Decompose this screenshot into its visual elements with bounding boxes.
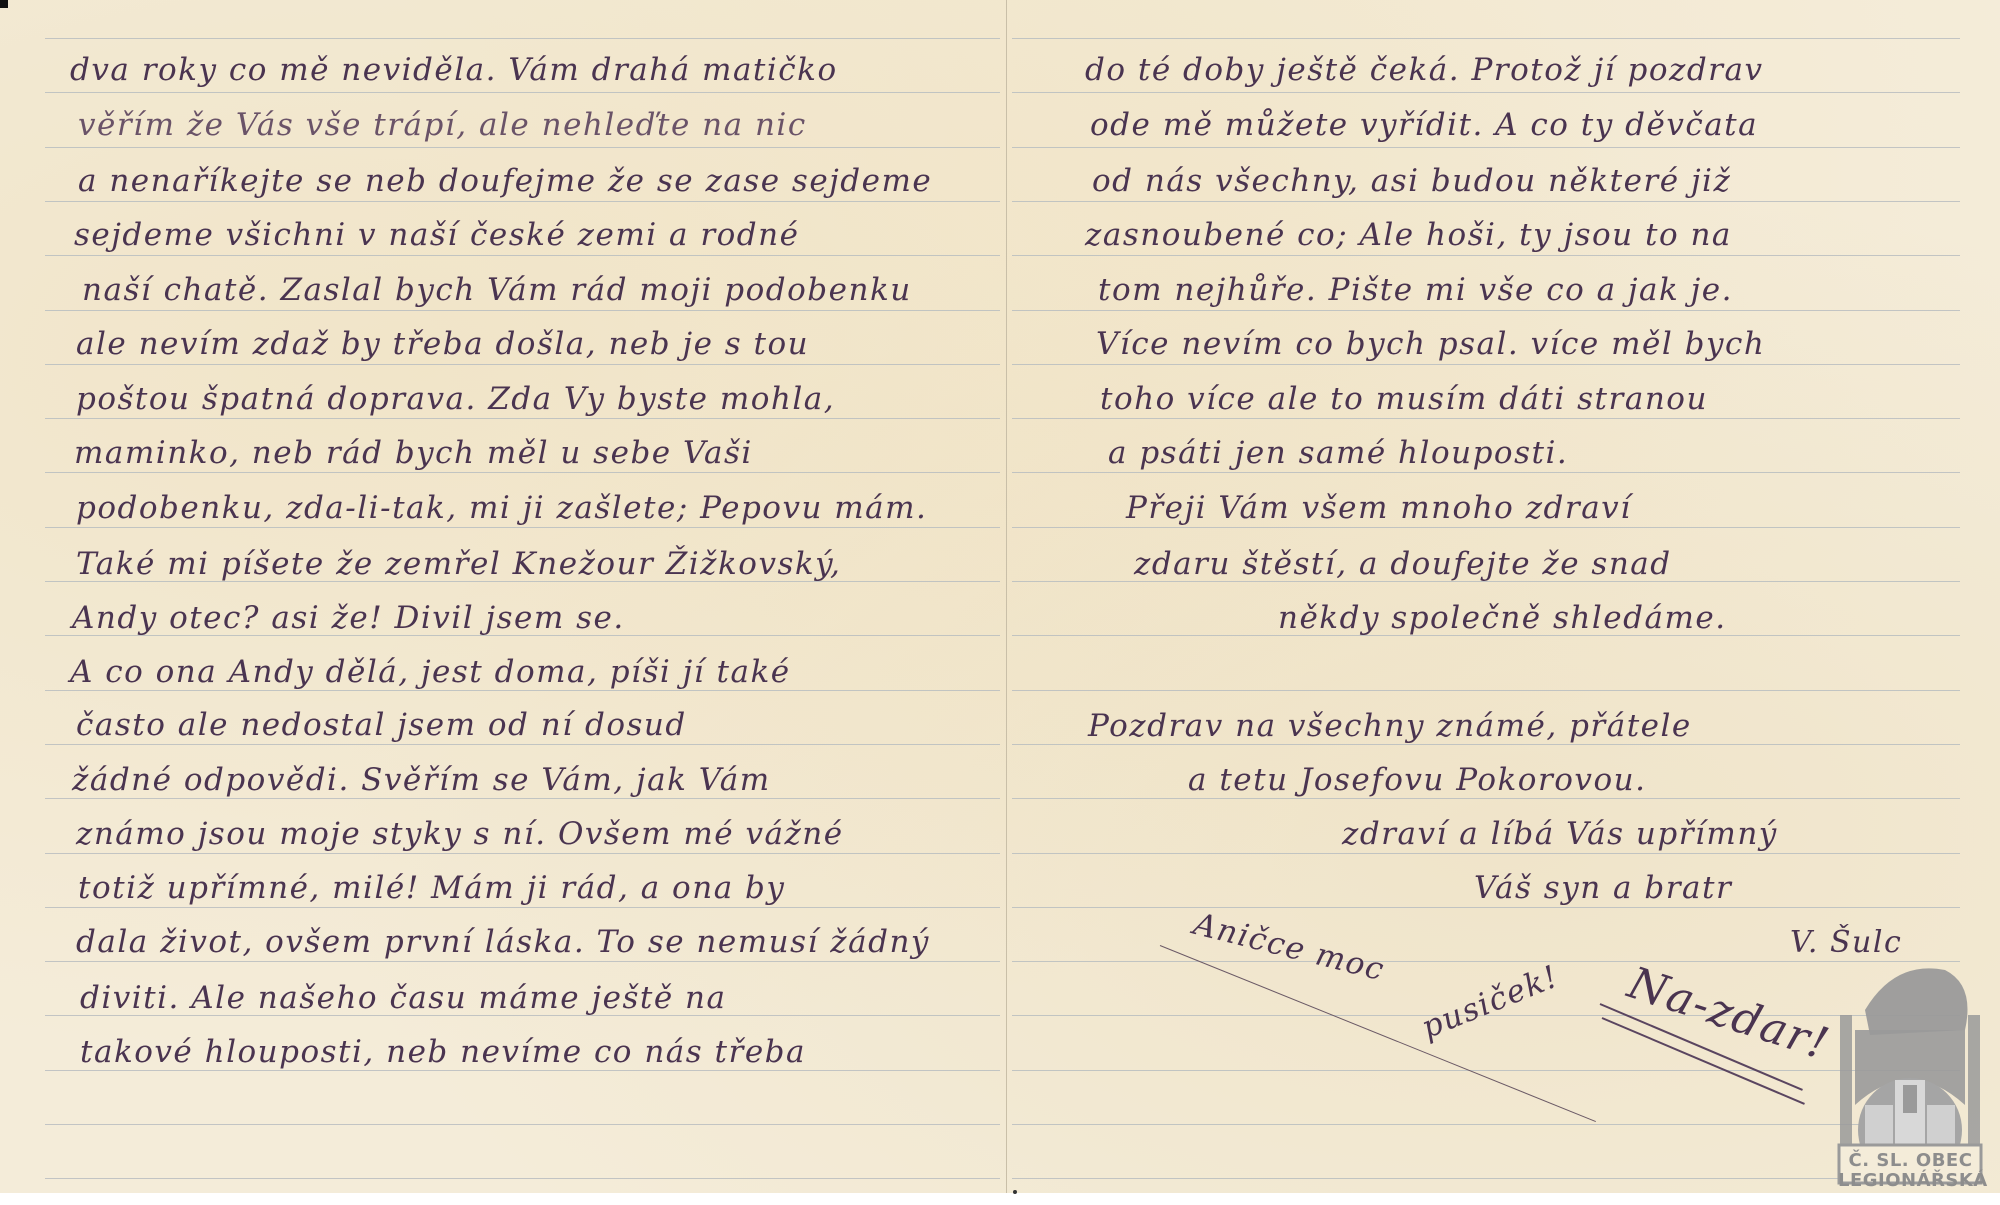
right-line-9: Přeji Vám všem mnoho zdraví [1126, 490, 1632, 526]
left-line-8: maminko, neb rád bych měl u sebe Vaši [74, 435, 753, 471]
left-line-14: žádné odpovědi. Svěřím se Vám, jak Vám [72, 762, 771, 798]
left-line-11: Andy otec? asi že! Divil jsem se. [72, 600, 625, 636]
left-line-17: dala život, ovšem první láska. To se nem… [76, 924, 930, 960]
right-line-13: a tetu Josefovu Pokorovou. [1188, 762, 1646, 798]
left-line-19: takové hlouposti, neb nevíme co nás třeb… [80, 1034, 806, 1070]
closing-nazdar: Na-zdar! [1622, 957, 1835, 1070]
left-line-6: ale nevím zdaž by třeba došla, neb je s … [76, 326, 809, 362]
ruled-line [1012, 255, 1960, 256]
right-line-7: toho více ale to musím dáti stranou [1100, 381, 1708, 417]
letter-paper: dva roky co mě neviděla. Vám drahá matič… [0, 0, 2000, 1193]
ruled-line [45, 92, 1000, 93]
left-line-10: Také mi píšete že zemřel Knežour Žižkovs… [76, 546, 841, 582]
left-line-1: dva roky co mě neviděla. Vám drahá matič… [70, 52, 838, 88]
left-line-9: podobenku, zda-li-tak, mi ji zašlete; Pe… [76, 490, 927, 526]
ruled-line [1012, 364, 1960, 365]
right-line-3: od nás všechny, asi budou některé již [1092, 163, 1731, 199]
right-line-8: a psáti jen samé hlouposti. [1108, 435, 1568, 471]
ruled-line [45, 310, 1000, 311]
ruled-line [1012, 798, 1960, 799]
ruled-line [45, 690, 1000, 691]
left-line-2: věřím že Vás vše trápí, ale nehleďte na … [78, 107, 807, 143]
ruled-line [45, 1178, 1000, 1179]
ruled-line [45, 472, 1000, 473]
ruled-line [45, 255, 1000, 256]
left-line-15: známo jsou moje styky s ní. Ovšem mé váž… [76, 816, 844, 852]
left-line-13: často ale nedostal jsem od ní dosud [76, 707, 687, 743]
right-line-11: někdy společně shledáme. [1278, 600, 1727, 636]
left-line-18: diviti. Ale našeho času máme ještě na [80, 980, 726, 1016]
right-line-12: Pozdrav na všechny známé, přátele [1088, 708, 1692, 744]
right-line-15: Váš syn a bratr [1474, 870, 1732, 906]
ruled-line [1012, 853, 1960, 854]
right-line-10: zdaru štěstí, a doufejte že snad [1134, 546, 1672, 582]
ruled-line [45, 798, 1000, 799]
left-line-12: A co ona Andy dělá, jest doma, píši jí t… [70, 654, 791, 690]
right-line-6: Více nevím co bych psal. více měl bych [1096, 326, 1765, 362]
ruled-line [1012, 1124, 1960, 1125]
postscript-line-2: pusiček! [1417, 958, 1565, 1046]
ruled-line [45, 527, 1000, 528]
ruled-line [1012, 418, 1960, 419]
ruled-line [45, 1070, 1000, 1071]
ruled-line [1012, 201, 1960, 202]
right-line-14: zdraví a líbá Vás upřímný [1342, 816, 1778, 852]
ruled-line [1012, 1070, 1960, 1071]
ruled-line [45, 147, 1000, 148]
ruled-line [1012, 690, 1960, 691]
stamp-line-1: Č. SL. OBEC [1838, 1150, 1983, 1171]
ruled-line [45, 201, 1000, 202]
ruled-line [1012, 744, 1960, 745]
ruled-line [45, 364, 1000, 365]
ruled-line [45, 1124, 1000, 1125]
right-line-2: ode mě můžete vyřídit. A co ty děvčata [1090, 107, 1758, 143]
left-line-5: naší chatě. Zaslal bych Vám rád moji pod… [82, 272, 912, 308]
ruled-line [1012, 472, 1960, 473]
ruled-line [1012, 38, 1960, 39]
fold-dot [1013, 1190, 1017, 1194]
right-line-4: zasnoubené co; Ale hoši, ty jsou to na [1085, 217, 1732, 253]
ruled-line [1012, 147, 1960, 148]
left-line-7: poštou špatná doprava. Zda Vy byste mohl… [76, 381, 835, 417]
ruled-line [45, 38, 1000, 39]
scan-corner-mark [0, 0, 8, 8]
ruled-line [1012, 961, 1960, 962]
left-line-16: totiž upřímné, milé! Mám ji rád, a ona b… [78, 870, 785, 906]
ruled-line [45, 961, 1000, 962]
ruled-line [1012, 310, 1960, 311]
postscript-line-1: Aničce moc [1190, 906, 1389, 988]
ruled-line [1012, 1178, 1960, 1179]
left-line-4: sejdeme všichni v naší české zemi a rodn… [74, 217, 799, 253]
page-fold [1006, 0, 1007, 1193]
ruled-line [1012, 907, 1960, 908]
stamp-line-2: LEGIONÁŘSKÁ [1838, 1170, 1983, 1191]
ruled-line [45, 907, 1000, 908]
ruled-line [1012, 527, 1960, 528]
ruled-line [45, 853, 1000, 854]
right-line-1: do té doby ještě čeká. Protož jí pozdrav [1085, 52, 1763, 88]
left-line-3: a nenaříkejte se neb doufejme že se zase… [78, 163, 932, 199]
right-line-5: tom nejhůře. Pište mi vše co a jak je. [1098, 272, 1733, 308]
ruled-line [45, 418, 1000, 419]
ruled-line [45, 744, 1000, 745]
ruled-line [1012, 92, 1960, 93]
